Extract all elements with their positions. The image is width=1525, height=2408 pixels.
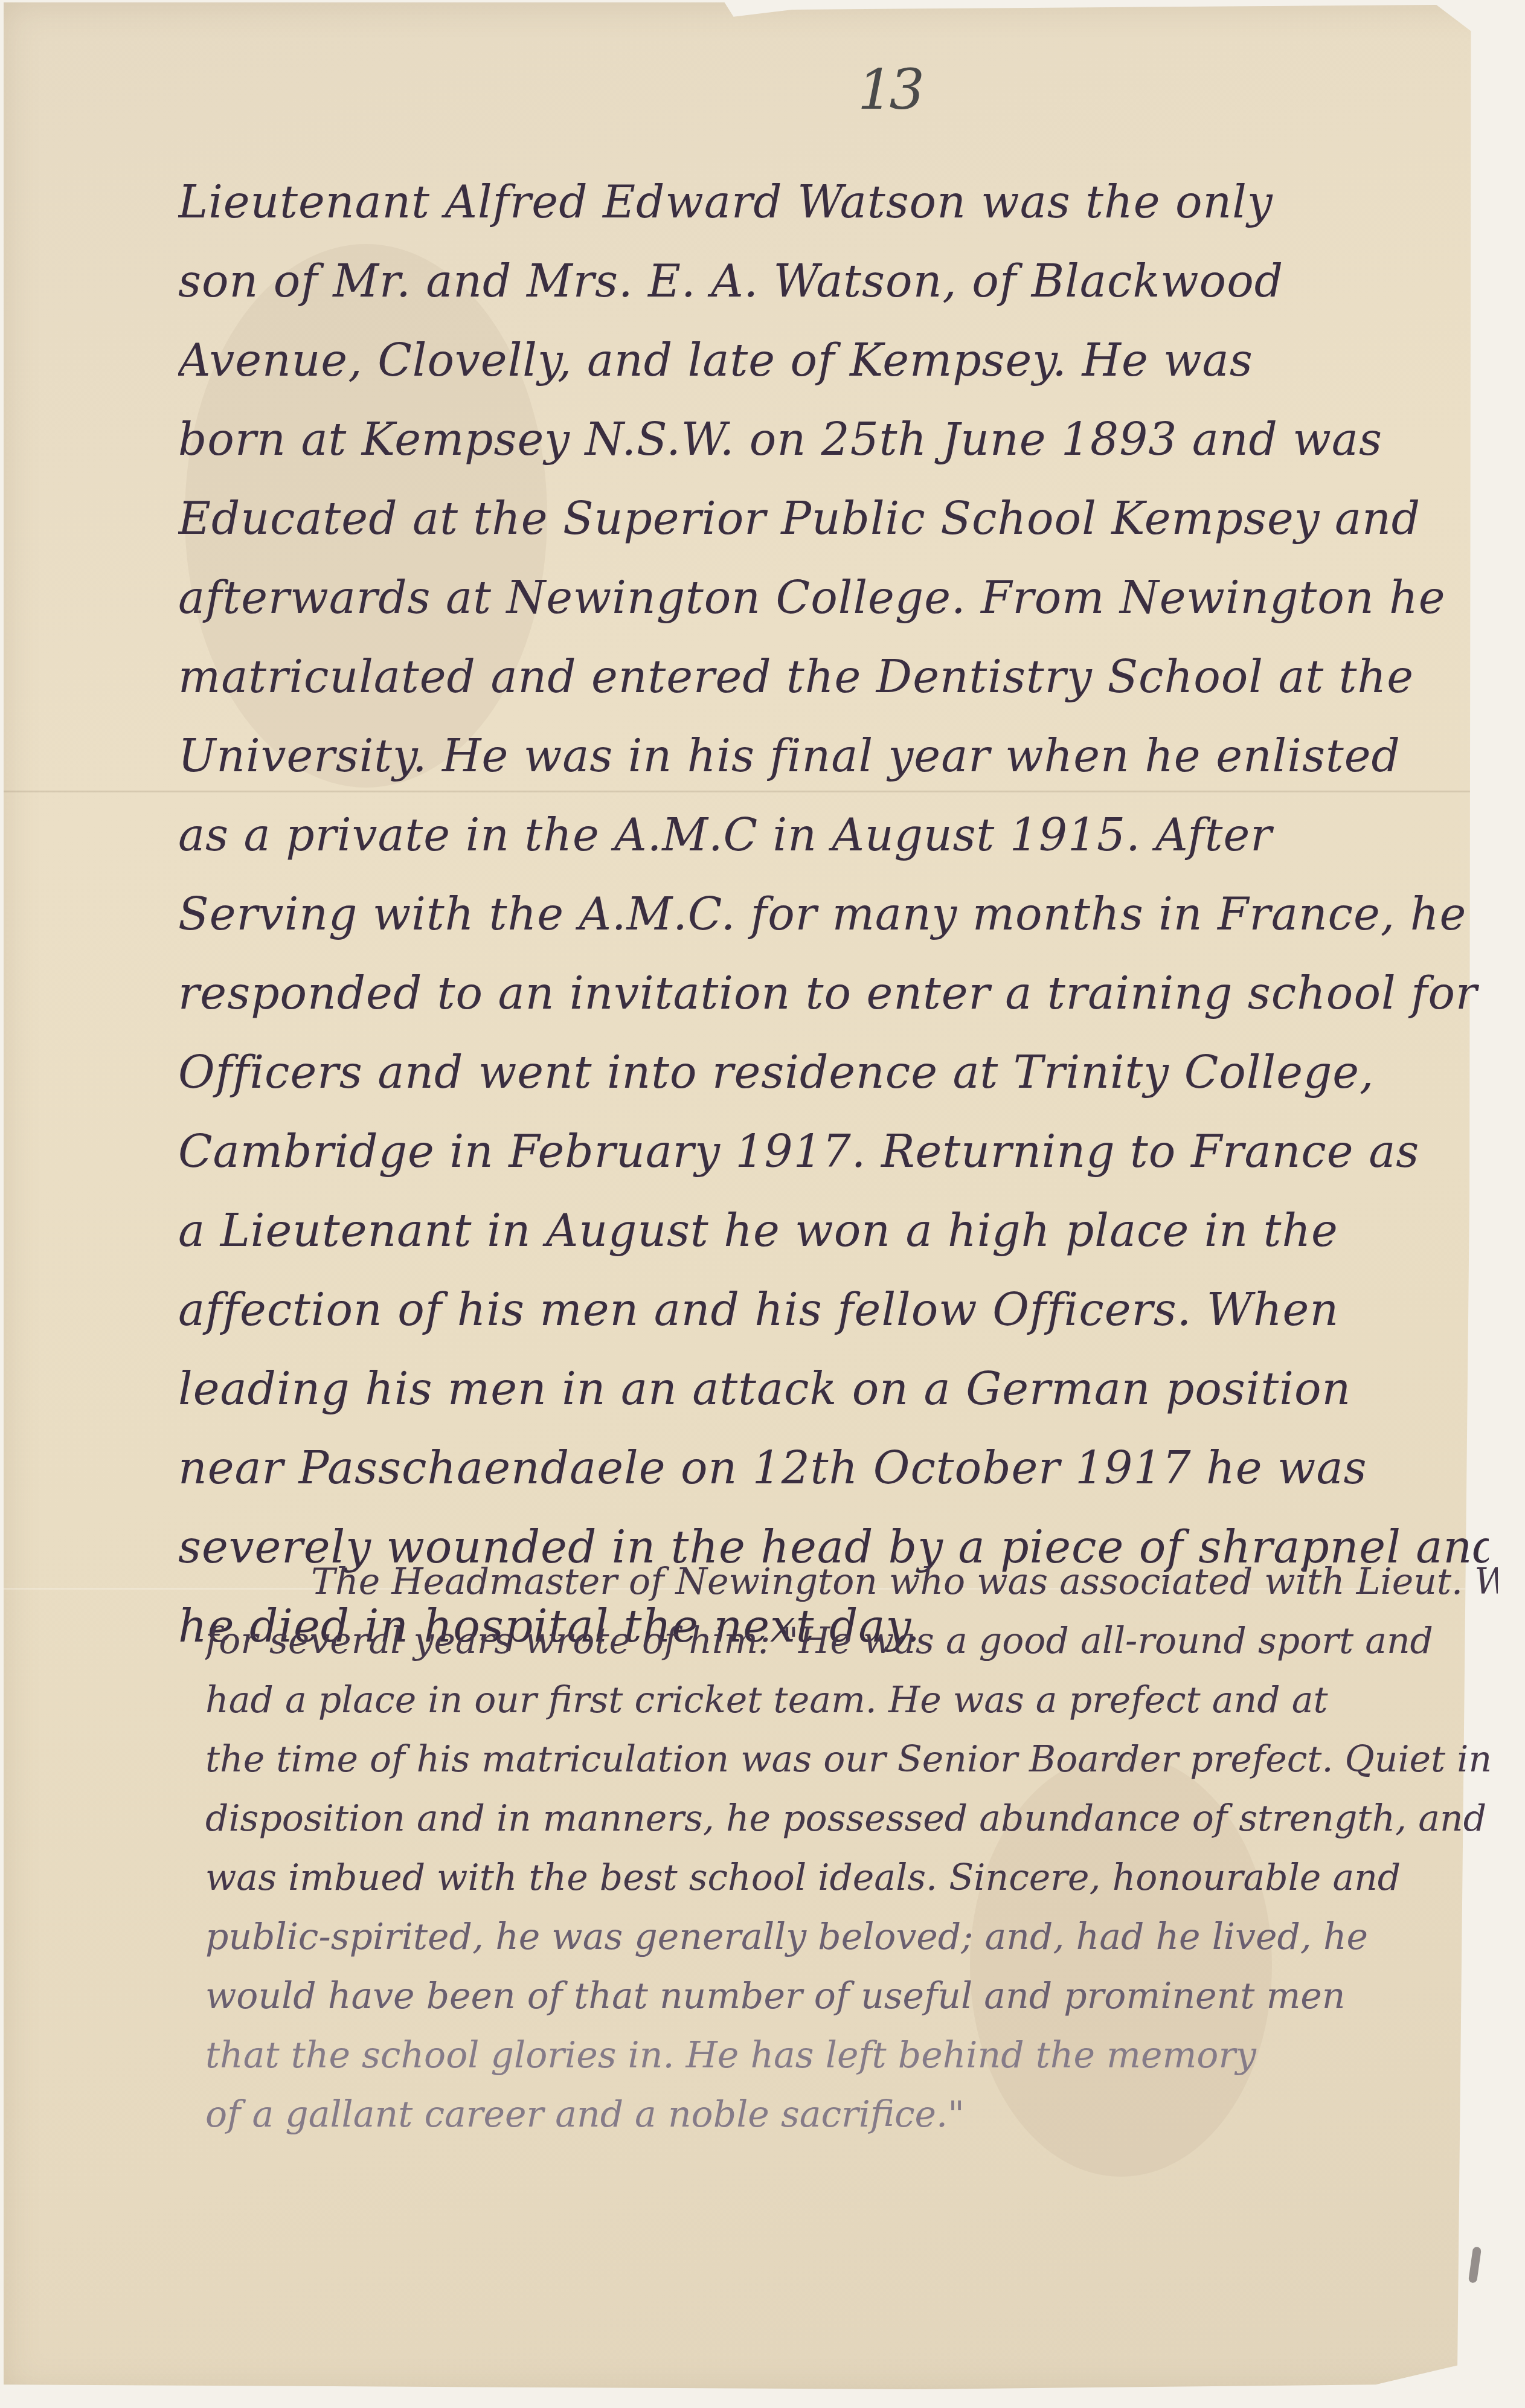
text-line: Educated at the Superior Public School K… — [178, 480, 1489, 559]
text-line: The Headmaster of Newington who was asso… — [205, 1552, 1498, 1611]
text-line: was imbued with the best school ideals. … — [205, 1848, 1498, 1907]
text-line: disposition and in manners, he possessed… — [205, 1789, 1498, 1848]
text-line: son of Mr. and Mrs. E. A. Watson, of Bla… — [178, 242, 1489, 321]
main-paragraph: Lieutenant Alfred Edward Watson was the … — [178, 163, 1489, 1666]
headmaster-quote-paragraph: The Headmaster of Newington who was asso… — [205, 1552, 1498, 2144]
page-number: 13 — [858, 57, 921, 122]
text-line: affection of his men and his fellow Offi… — [178, 1271, 1489, 1350]
pencil-mark — [1468, 2246, 1482, 2283]
text-line: of a gallant career and a noble sacrific… — [205, 2085, 1498, 2144]
text-line: responded to an invitation to enter a tr… — [178, 954, 1489, 1033]
text-line: University. He was in his final year whe… — [178, 717, 1489, 796]
text-line: Lieutenant Alfred Edward Watson was the … — [178, 163, 1489, 242]
text-line: a Lieutenant in August he won a high pla… — [178, 1192, 1489, 1271]
text-line: that the school glories in. He has left … — [205, 2026, 1498, 2085]
text-line: leading his men in an attack on a German… — [178, 1350, 1489, 1429]
text-line: matriculated and entered the Dentistry S… — [178, 638, 1489, 717]
text-line: born at Kempsey N.S.W. on 25th June 1893… — [178, 400, 1489, 480]
text-line: Serving with the A.M.C. for many months … — [178, 875, 1489, 954]
text-line: near Passchaendaele on 12th October 1917… — [178, 1429, 1489, 1508]
text-line: afterwards at Newington College. From Ne… — [178, 559, 1489, 638]
text-line: public-spirited, he was generally belove… — [205, 1907, 1498, 1967]
text-line: had a place in our first cricket team. H… — [205, 1671, 1498, 1730]
text-line: as a private in the A.M.C in August 1915… — [178, 796, 1489, 875]
text-line: would have been of that number of useful… — [205, 1967, 1498, 2026]
text-line: Cambridge in February 1917. Returning to… — [178, 1112, 1489, 1192]
text-line: Officers and went into residence at Trin… — [178, 1033, 1489, 1112]
text-line: Avenue, Clovelly, and late of Kempsey. H… — [178, 321, 1489, 400]
text-line: for several years wrote of him: "He was … — [205, 1611, 1498, 1671]
text-line: the time of his matriculation was our Se… — [205, 1730, 1498, 1789]
